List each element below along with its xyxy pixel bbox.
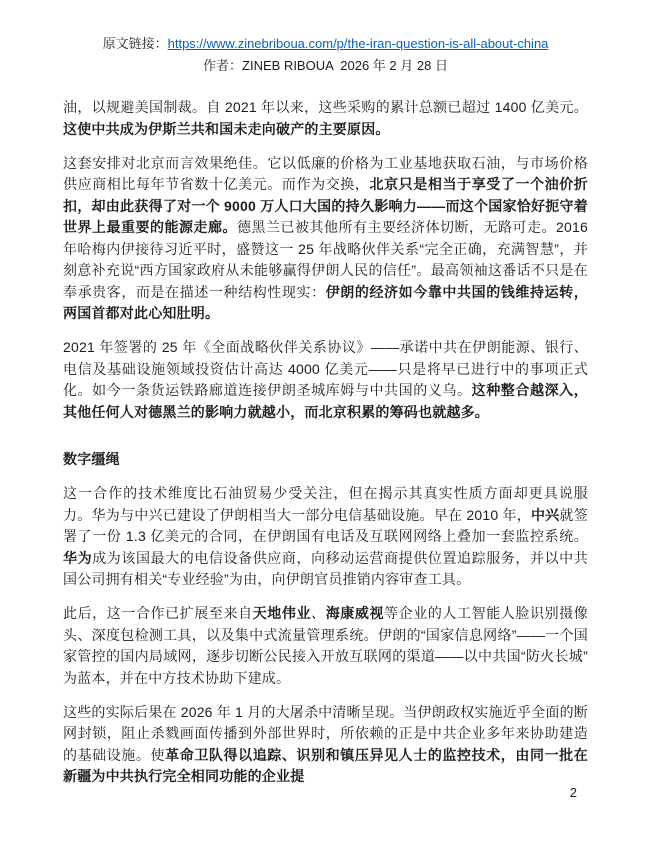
text-run: 、 [311, 605, 326, 621]
bold-text-run: 这使中共成为伊斯兰共和国未走向破产的主要原因。 [63, 121, 390, 137]
source-link-label: 原文链接： [103, 36, 168, 51]
bold-text-run: 华为 [63, 550, 92, 566]
text-run: 这一合作的技术维度比石油贸易少受关注，但在揭示其真实性质方面却更具说服力。华为与… [63, 485, 588, 523]
author-line: 作者：ZINEB RIBOUA 2026 年 2 月 28 日 [63, 55, 588, 77]
section-heading: 数字缰绳 [63, 449, 588, 471]
article-body: 油，以规避美国制裁。自 2021 年以来，这些采购的累计总额已超过 1400 亿… [63, 97, 588, 788]
bold-text-run: 海康威视 [326, 605, 384, 621]
bold-text-run: 天地伟业 [253, 605, 311, 621]
text-run: 此后，这一合作已扩展至来自 [63, 605, 253, 621]
page-number: 2 [570, 784, 577, 802]
paragraph: 油，以规避美国制裁。自 2021 年以来，这些采购的累计总额已超过 1400 亿… [63, 97, 588, 140]
paragraph: 此后，这一合作已扩展至来自天地伟业、海康威视等企业的人工智能人脸识别摄像头、深度… [63, 603, 588, 689]
paragraph: 2021 年签署的 25 年《全面战略伙伴关系协议》——承诺中共在伊朗能源、银行… [63, 337, 588, 423]
bold-text-run: 中兴 [531, 507, 560, 523]
source-link-line: 原文链接：https://www.zinebriboua.com/p/the-i… [63, 33, 588, 55]
document-page: 原文链接：https://www.zinebriboua.com/p/the-i… [0, 0, 650, 843]
text-run: 成为该国最大的电信设备供应商，向移动运营商提供位置追踪服务，并以中共国公司拥有相… [63, 550, 588, 588]
paragraph: 这一合作的技术维度比石油贸易少受关注，但在揭示其真实性质方面却更具说服力。华为与… [63, 483, 588, 591]
paragraph: 这套安排对北京而言效果绝佳。它以低廉的价格为工业基地获取石油，与市场价格供应商相… [63, 153, 588, 325]
text-run: 油，以规避美国制裁。自 2021 年以来，这些采购的累计总额已超过 1400 亿… [63, 99, 588, 115]
paragraph: 这些的实际后果在 2026 年 1 月的大屠杀中清晰呈现。当伊朗政权实施近乎全面… [63, 702, 588, 788]
source-link[interactable]: https://www.zinebriboua.com/p/the-iran-q… [168, 36, 549, 51]
page-header: 原文链接：https://www.zinebriboua.com/p/the-i… [63, 33, 588, 77]
